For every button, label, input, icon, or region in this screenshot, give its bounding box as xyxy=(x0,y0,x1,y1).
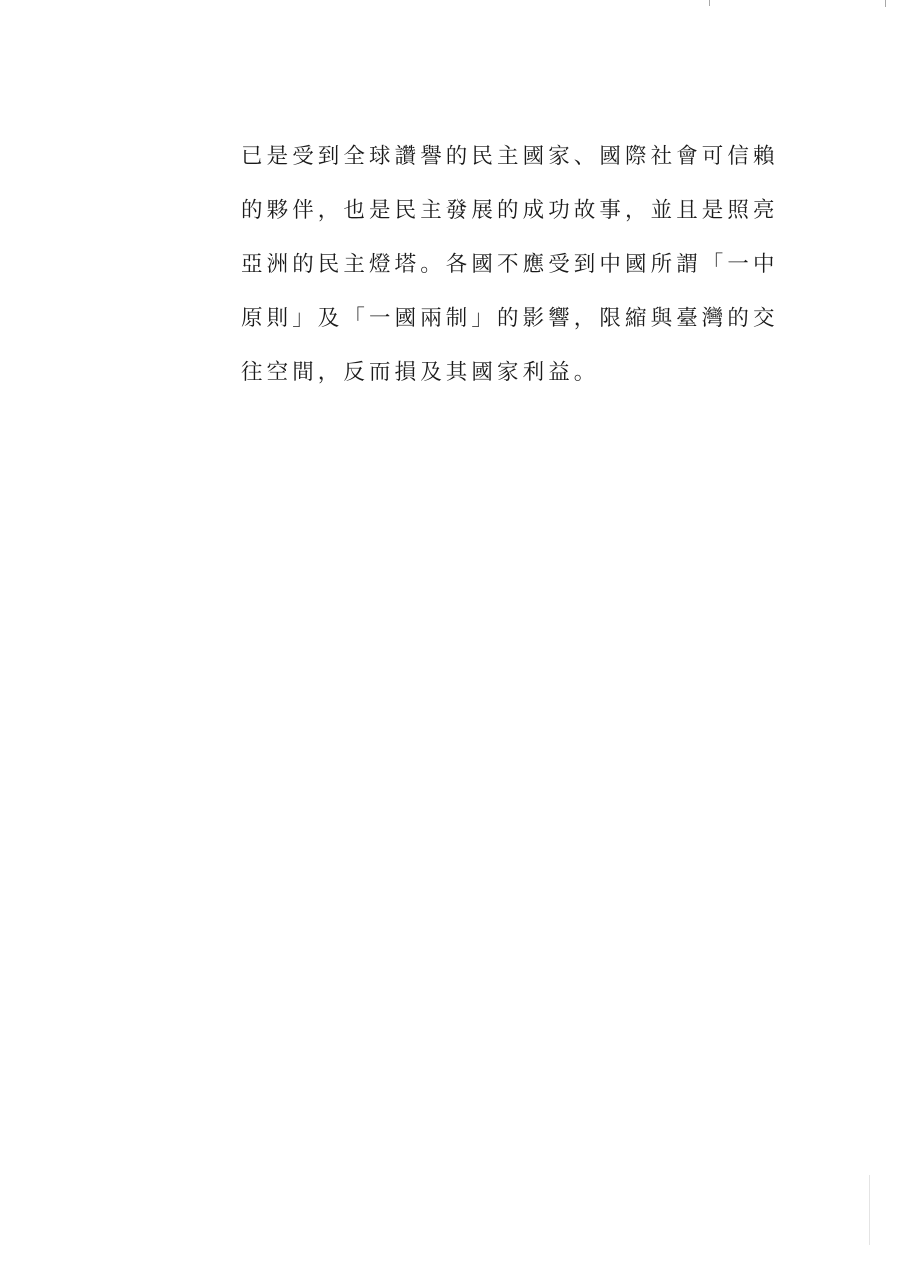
text-line: 往空間，反而損及其國家利益。 xyxy=(241,351,771,405)
scan-artifact-mark xyxy=(885,0,886,7)
text-line: 的夥伴，也是民主發展的成功故事，並且是照亮 xyxy=(241,189,771,243)
text-line: 原則」及「一國兩制」的影響，限縮與臺灣的交 xyxy=(241,297,771,351)
text-line: 亞洲的民主燈塔。各國不應受到中國所謂「一中 xyxy=(241,243,771,297)
scan-artifact-mark xyxy=(869,1175,870,1245)
text-line: 已是受到全球讚譽的民主國家、國際社會可信賴 xyxy=(241,135,771,189)
body-paragraph: 已是受到全球讚譽的民主國家、國際社會可信賴 的夥伴，也是民主發展的成功故事，並且… xyxy=(241,135,771,405)
scan-artifact-mark xyxy=(709,0,710,6)
document-page: 已是受到全球讚譽的民主國家、國際社會可信賴 的夥伴，也是民主發展的成功故事，並且… xyxy=(0,0,906,1280)
